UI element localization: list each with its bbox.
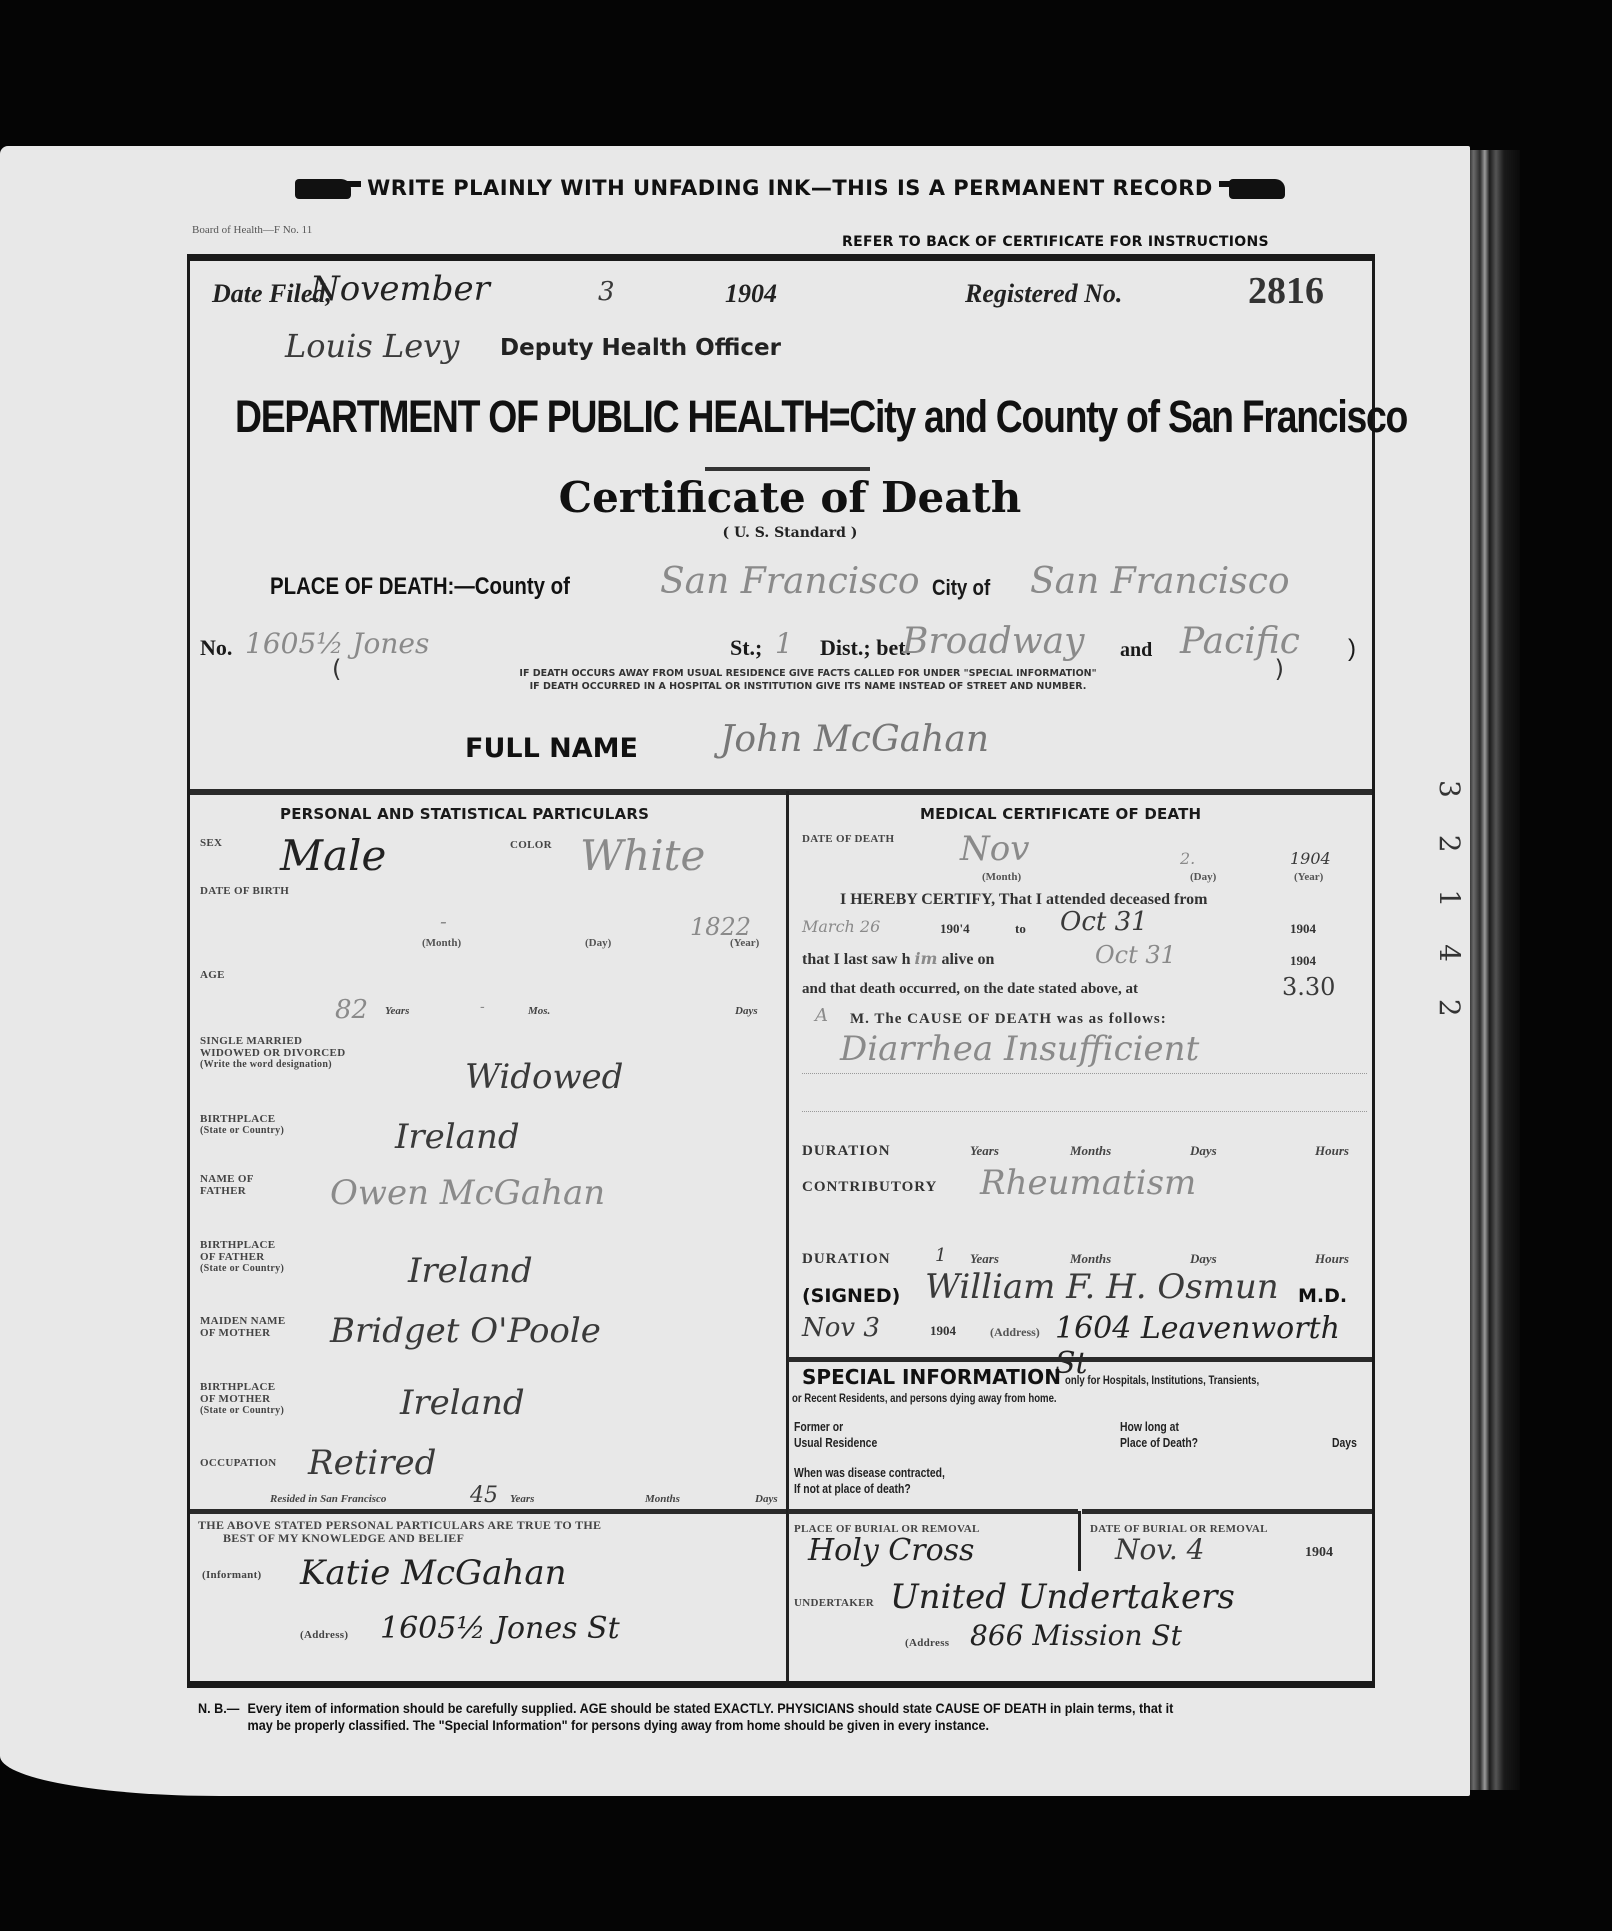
certificate-standard: ( U. S. Standard ) xyxy=(440,525,1140,541)
occupation-label: OCCUPATION xyxy=(200,1457,277,1469)
resided-days-label: Days xyxy=(755,1493,778,1505)
dod-day-label: (Day) xyxy=(1190,871,1216,883)
attended-to-year: 1904 xyxy=(1290,921,1316,937)
dod-month-label: (Month) xyxy=(982,871,1021,883)
father-birthplace-label: BIRTHPLACE OF FATHER (State or Country) xyxy=(200,1239,284,1275)
date-filed-day: 3 xyxy=(598,277,615,307)
burial-column-divider xyxy=(1078,1511,1081,1571)
burial-date-value: Nov. 4 xyxy=(1115,1533,1204,1566)
special-info-heading: SPECIAL INFORMATION only for Hospitals, … xyxy=(802,1365,1308,1389)
attest-divider xyxy=(190,1509,786,1514)
cause-line-2 xyxy=(802,1111,1367,1112)
cause-line-1 xyxy=(802,1073,1367,1074)
md-label: M.D. xyxy=(1298,1285,1347,1307)
age-months-label: Mos. xyxy=(528,1005,550,1017)
pointing-hand-icon xyxy=(1229,179,1285,199)
marital-label-line-1: SINGLE MARRIED xyxy=(200,1035,345,1047)
birthplace-value: Ireland xyxy=(395,1117,520,1157)
pointing-hand-icon xyxy=(295,179,351,199)
residence-note-line-2: IF DEATH OCCURRED IN A HOSPITAL OR INSTI… xyxy=(338,680,1278,693)
how-long-label-line-2: Place of Death? xyxy=(1120,1435,1198,1451)
mother-name-value: Bridget O'Poole xyxy=(330,1311,601,1351)
contributory-label: CONTRIBUTORY xyxy=(802,1179,937,1196)
father-name-label: NAME OF FATHER xyxy=(200,1173,254,1197)
birthplace-label-line-1: BIRTHPLACE xyxy=(200,1113,284,1125)
duration-1-months-label: Months xyxy=(1070,1143,1111,1159)
attest-statement: THE ABOVE STATED PERSONAL PARTICULARS AR… xyxy=(198,1519,778,1545)
refer-instructions: REFER TO BACK OF CERTIFICATE FOR INSTRUC… xyxy=(842,234,1269,250)
duration-1-years-label: Years xyxy=(970,1143,999,1159)
resided-years-value: 45 xyxy=(470,1483,498,1508)
duration-2-days-label: Days xyxy=(1190,1251,1217,1267)
age-days-label: Days xyxy=(735,1005,758,1017)
certificate-title: Certificate of Death xyxy=(440,473,1140,522)
attended-from-year: 190'4 xyxy=(940,921,970,937)
age-label: AGE xyxy=(200,969,225,981)
residence-note-line-1: IF DEATH OCCURS AWAY FROM USUAL RESIDENC… xyxy=(338,667,1278,680)
burial-divider-right xyxy=(1082,1509,1372,1514)
burial-divider-left xyxy=(788,1509,1078,1514)
attended-from: March 26 xyxy=(802,917,880,936)
title-rule xyxy=(705,467,870,471)
contracted-label: When was disease contracted, If not at p… xyxy=(794,1465,945,1497)
age-months-value: - xyxy=(480,999,485,1015)
duration-1-label: DURATION xyxy=(802,1143,891,1160)
dob-month-label: (Month) xyxy=(422,937,461,949)
former-label-line-2: Usual Residence xyxy=(794,1435,877,1451)
printer-mark: Board of Health—F No. 11 xyxy=(192,224,312,236)
special-info-title: SPECIAL INFORMATION xyxy=(802,1365,1061,1389)
cause-of-death-label: M. The CAUSE OF DEATH was as follows: xyxy=(850,1011,1167,1028)
sex-label: SEX xyxy=(200,837,222,849)
birthplace-label-line-2: (State or Country) xyxy=(200,1125,284,1137)
duration-1-days-label: Days xyxy=(1190,1143,1217,1159)
color-value: White xyxy=(580,831,705,880)
section-divider xyxy=(190,789,1372,795)
place-of-death-county: San Francisco xyxy=(660,561,920,602)
mother-label-line-1: MAIDEN NAME xyxy=(200,1315,286,1327)
footnote-label: N. B.— xyxy=(198,1700,239,1717)
district-value: 1 xyxy=(775,627,793,660)
contracted-label-line-2: If not at place of death? xyxy=(794,1481,945,1497)
personal-section-title: PERSONAL AND STATISTICAL PARTICULARS xyxy=(280,805,649,823)
special-info-suffix: only for Hospitals, Institutions, Transi… xyxy=(1065,1373,1259,1387)
special-divider xyxy=(788,1357,1372,1362)
informant-label: (Informant) xyxy=(202,1569,262,1581)
undertaker-address-value: 866 Mission St xyxy=(970,1619,1182,1652)
footnote: N. B.— Every item of information should … xyxy=(198,1700,1308,1734)
date-filed-month: November xyxy=(310,269,490,309)
full-name-label: FULL NAME xyxy=(465,733,638,764)
officer-signature: Louis Levy xyxy=(285,327,459,365)
duration-1-hours-label: Hours xyxy=(1315,1143,1349,1159)
resided-label: Resided in San Francisco xyxy=(270,1493,386,1505)
dob-year-label: (Year) xyxy=(730,937,759,949)
city-label: City of xyxy=(932,575,990,601)
last-saw-text: that I last saw h im alive on xyxy=(802,949,994,969)
date-of-death-month: Nov xyxy=(960,829,1029,869)
mother-bp-label-line-1: BIRTHPLACE xyxy=(200,1381,284,1393)
physician-address-label: (Address) xyxy=(990,1325,1040,1340)
signed-year: 1904 xyxy=(930,1323,956,1339)
informant-value: Katie McGahan xyxy=(300,1553,567,1593)
mother-label-line-2: OF MOTHER xyxy=(200,1327,286,1339)
between-street-1: Broadway xyxy=(902,621,1084,662)
permanent-record-banner: WRITE PLAINLY WITH UNFADING INK—THIS IS … xyxy=(250,176,1330,200)
contributory-value: Rheumatism xyxy=(980,1163,1196,1203)
death-time: 3.30 xyxy=(1282,973,1335,1001)
special-info-subtitle: or Recent Residents, and persons dying a… xyxy=(792,1391,1057,1405)
department-title: DEPARTMENT OF PUBLIC HEALTH=City and Cou… xyxy=(235,391,1148,443)
mother-birthplace-value: Ireland xyxy=(400,1383,525,1423)
marital-label: SINGLE MARRIED WIDOWED OR DIVORCED (Writ… xyxy=(200,1035,345,1071)
dob-day-label: (Day) xyxy=(585,937,611,949)
registered-no-value: 2816 xyxy=(1248,269,1324,313)
residence-note: IF DEATH OCCURS AWAY FROM USUAL RESIDENC… xyxy=(338,667,1278,693)
alive-on-label: alive on xyxy=(941,951,994,968)
to-label: to xyxy=(1015,921,1026,937)
full-name-value: John McGahan xyxy=(720,719,989,760)
certify-statement: I HEREBY CERTIFY, That I attended deceas… xyxy=(840,891,1207,909)
father-birthplace-value: Ireland xyxy=(408,1251,533,1291)
sex-value: Male xyxy=(280,831,386,880)
last-saw-pronoun: im xyxy=(914,949,937,968)
footnote-text: Every item of information should be care… xyxy=(198,1700,1197,1734)
burial-year-value: 1904 xyxy=(1305,1545,1333,1561)
age-years-label: Years xyxy=(385,1005,409,1017)
officer-title: Deputy Health Officer xyxy=(500,335,781,361)
last-saw-date: Oct 31 xyxy=(1095,941,1176,969)
last-saw-year: 1904 xyxy=(1290,953,1316,969)
how-long-days-label: Days xyxy=(1332,1435,1357,1451)
birthplace-label: BIRTHPLACE (State or Country) xyxy=(200,1113,284,1137)
paren-close: ) xyxy=(1348,635,1356,663)
informant-address-value: 1605½ Jones St xyxy=(380,1611,620,1646)
death-occurred-text: and that death occurred, on the date sta… xyxy=(802,981,1138,998)
place-of-death-city: San Francisco xyxy=(1030,561,1290,602)
marital-label-line-2: WIDOWED OR DIVORCED xyxy=(200,1047,345,1059)
duration-2-label: DURATION xyxy=(802,1251,891,1268)
dod-year-label: (Year) xyxy=(1294,871,1323,883)
mother-birthplace-label: BIRTHPLACE OF MOTHER (State or Country) xyxy=(200,1381,284,1417)
mother-bp-label-line-3: (State or Country) xyxy=(200,1405,284,1417)
informant-address-label: (Address) xyxy=(300,1629,348,1641)
place-of-death-label: PLACE OF DEATH:—County of xyxy=(270,573,570,601)
date-of-death-year: 1904 xyxy=(1290,849,1331,868)
how-long-label: How long at Place of Death? xyxy=(1120,1419,1198,1451)
mother-name-label: MAIDEN NAME OF MOTHER xyxy=(200,1315,286,1339)
dob-month-value: - xyxy=(440,909,447,933)
cause-of-death-value: Diarrhea Insufficient xyxy=(840,1029,1199,1069)
physician-signature: William F. H. Osmun xyxy=(925,1267,1279,1307)
resided-years-label: Years xyxy=(510,1493,534,1505)
date-of-death-day: 2. xyxy=(1180,849,1195,868)
attended-to: Oct 31 xyxy=(1060,907,1148,937)
undertaker-label: UNDERTAKER xyxy=(794,1597,874,1609)
contracted-label-line-1: When was disease contracted, xyxy=(794,1465,945,1481)
how-long-label-line-1: How long at xyxy=(1120,1419,1198,1435)
duration-2-months-label: Months xyxy=(1070,1251,1111,1267)
undertaker-value: United Undertakers xyxy=(890,1577,1235,1617)
medical-section-title: MEDICAL CERTIFICATE OF DEATH xyxy=(920,805,1201,823)
attest-line-2: BEST OF MY KNOWLEDGE AND BELIEF xyxy=(198,1532,778,1545)
mother-bp-label-line-2: OF MOTHER xyxy=(200,1393,284,1405)
column-divider xyxy=(786,791,789,1681)
occupation-value: Retired xyxy=(308,1443,436,1483)
margin-annotation: 3 2 1 4 2 xyxy=(1436,780,1466,1100)
former-label-line-1: Former or xyxy=(794,1419,877,1435)
certificate-form: Date Filed, November 3 1904 Registered N… xyxy=(187,254,1375,1688)
am-pm-value: A xyxy=(815,1005,828,1026)
former-residence-label: Former or Usual Residence xyxy=(794,1419,877,1451)
father-bp-label-line-3: (State or Country) xyxy=(200,1263,284,1275)
marital-value: Widowed xyxy=(465,1057,623,1097)
undertaker-address-label: (Address xyxy=(905,1637,949,1649)
duration-2-years-value: 1 xyxy=(935,1245,946,1266)
street-no-label: No. xyxy=(200,635,232,661)
registered-no-label: Registered No. xyxy=(965,279,1122,309)
duration-2-hours-label: Hours xyxy=(1315,1251,1349,1267)
father-name-value: Owen McGahan xyxy=(330,1173,605,1213)
father-bp-label-line-2: OF FATHER xyxy=(200,1251,284,1263)
district-label: Dist.; bet. xyxy=(820,635,911,661)
last-saw-line: that I last saw h xyxy=(802,951,910,968)
and-label: and xyxy=(1120,639,1152,662)
street-label: St.; xyxy=(730,635,762,661)
signed-label: (SIGNED) xyxy=(802,1285,900,1307)
age-years-value: 82 xyxy=(335,995,368,1025)
signed-date: Nov 3 xyxy=(802,1313,880,1343)
dob-label: DATE OF BIRTH xyxy=(200,885,289,897)
marital-label-line-3: (Write the word designation) xyxy=(200,1059,345,1071)
banner-text: WRITE PLAINLY WITH UNFADING INK—THIS IS … xyxy=(367,176,1213,200)
resided-months-label: Months xyxy=(645,1493,680,1505)
father-label-line-1: NAME OF xyxy=(200,1173,254,1185)
date-filed-year: 1904 xyxy=(725,279,777,309)
father-bp-label-line-1: BIRTHPLACE xyxy=(200,1239,284,1251)
date-of-death-label: DATE OF DEATH xyxy=(802,833,894,845)
burial-place-value: Holy Cross xyxy=(808,1533,974,1568)
color-label: COLOR xyxy=(510,839,552,851)
duration-2-years-label: Years xyxy=(970,1251,999,1267)
father-label-line-2: FATHER xyxy=(200,1185,254,1197)
